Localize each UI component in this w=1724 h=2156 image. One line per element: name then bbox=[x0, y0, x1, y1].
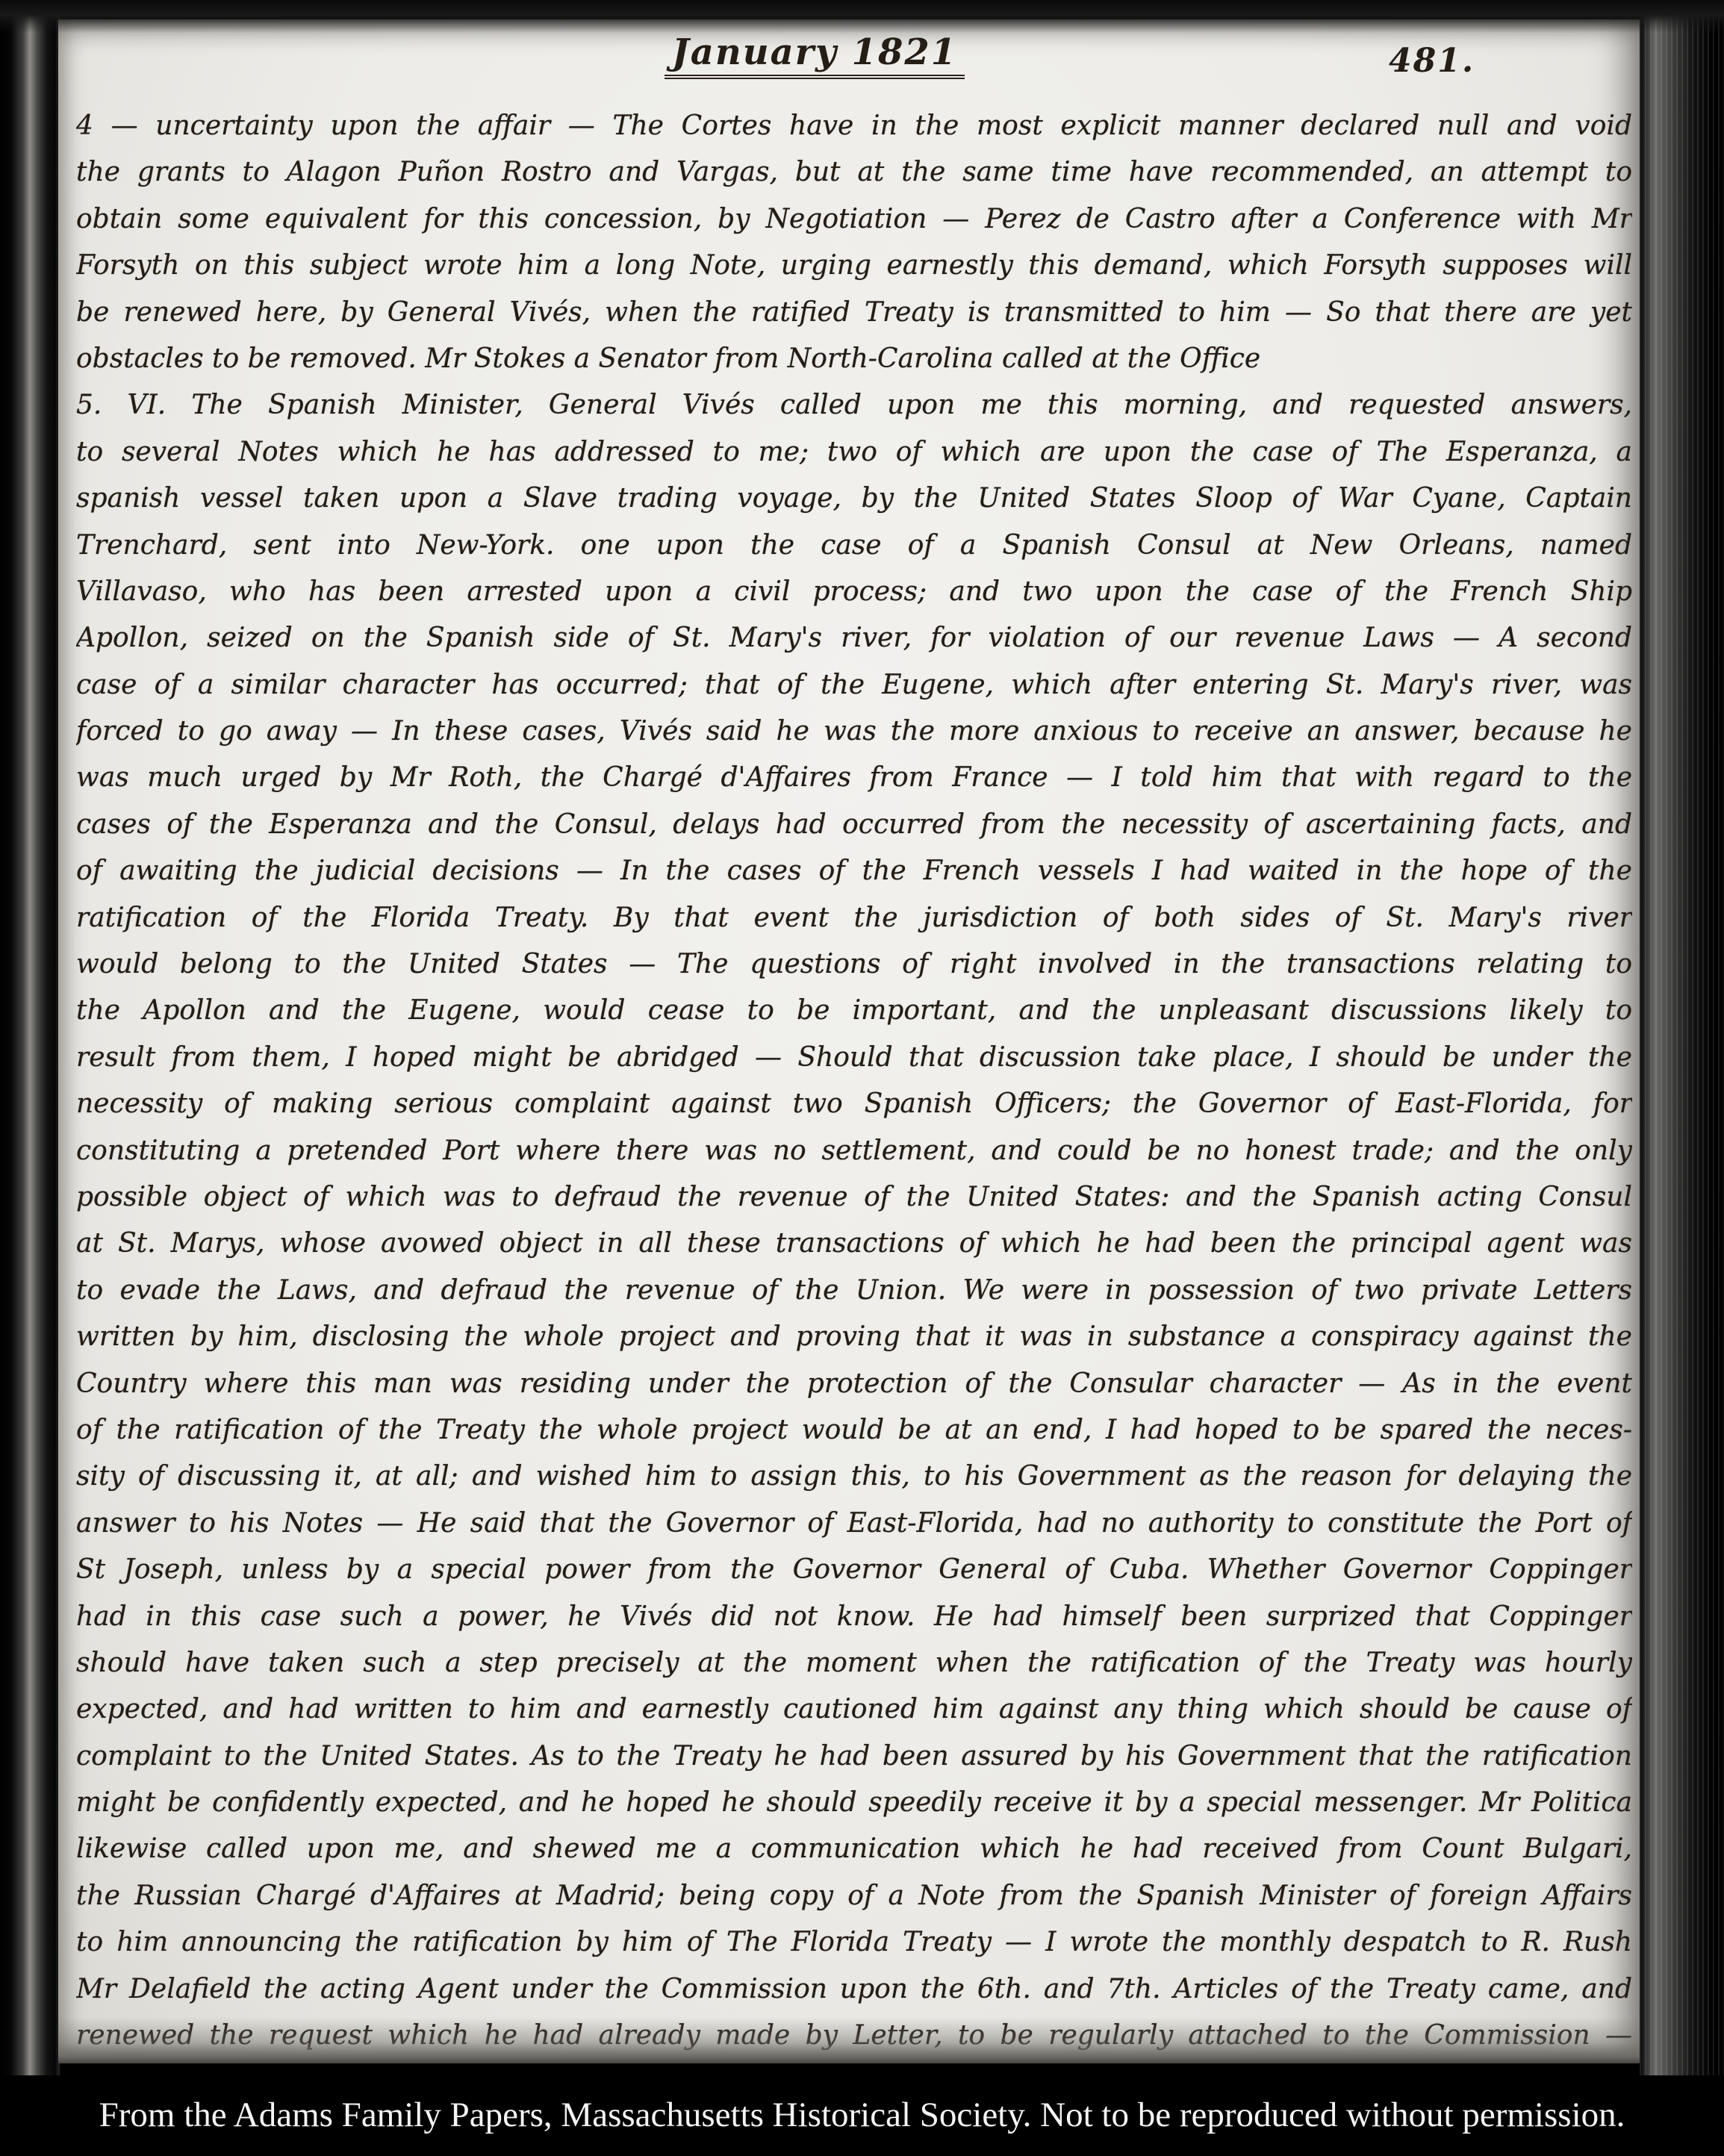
manuscript-line: the Russian Chargé d'Affaires at Madrid;… bbox=[76, 1873, 1632, 1919]
manuscript-line: result from them, I hoped might be abrid… bbox=[76, 1035, 1632, 1081]
manuscript-line: St Joseph, unless by a special power fro… bbox=[76, 1547, 1632, 1593]
manuscript-line: be renewed here, by General Vivés, when … bbox=[76, 290, 1632, 336]
manuscript-line: should have taken such a step precisely … bbox=[76, 1640, 1632, 1686]
manuscript-line: Country where this man was residing unde… bbox=[76, 1361, 1632, 1407]
manuscript-line: Villavaso, who has been arrested upon a … bbox=[76, 569, 1632, 615]
manuscript-page: January 1821 481. 4 — uncertainty upon t… bbox=[58, 19, 1640, 2063]
manuscript-line: likewise called upon me, and shewed me a… bbox=[76, 1826, 1632, 1872]
manuscript-line: answer to his Notes — He said that the G… bbox=[76, 1501, 1632, 1547]
page-bottom-shadow bbox=[58, 2017, 1640, 2063]
manuscript-line: might be confidently expected, and he ho… bbox=[76, 1780, 1632, 1826]
manuscript-line: ratification of the Florida Treaty. By t… bbox=[76, 895, 1632, 941]
manuscript-body: 4 — uncertainty upon the affair — The Co… bbox=[76, 103, 1632, 2059]
manuscript-line: the grants to Alagon Puñon Rostro and Va… bbox=[76, 149, 1632, 196]
book-spine bbox=[0, 0, 60, 2075]
manuscript-line: written by him, disclosing the whole pro… bbox=[76, 1314, 1632, 1360]
page-date-heading: January 1821 bbox=[665, 31, 965, 79]
manuscript-line: Apollon, seized on the Spanish side of S… bbox=[76, 615, 1632, 661]
scanned-manuscript-photo: January 1821 481. 4 — uncertainty upon t… bbox=[0, 0, 1724, 2156]
manuscript-line: to him announcing the ratification by hi… bbox=[76, 1919, 1632, 1966]
manuscript-line: at St. Marys, whose avowed object in all… bbox=[76, 1221, 1632, 1267]
archive-caption: From the Adams Family Papers, Massachuse… bbox=[0, 2089, 1724, 2141]
manuscript-line: of the ratification of the Treaty the wh… bbox=[76, 1407, 1632, 1454]
manuscript-line: obstacles to be removed. Mr Stokes a Sen… bbox=[76, 336, 1632, 382]
manuscript-line: spanish vessel taken upon a Slave tradin… bbox=[76, 476, 1632, 522]
book-page-edges bbox=[1640, 0, 1724, 2075]
photo-top-edge bbox=[0, 0, 1724, 33]
manuscript-line: of awaiting the judicial decisions — In … bbox=[76, 848, 1632, 894]
manuscript-line: had in this case such a power, he Vivés … bbox=[76, 1594, 1632, 1640]
manuscript-line: sity of discussing it, at all; and wishe… bbox=[76, 1454, 1632, 1500]
manuscript-line: obtain some equivalent for this concessi… bbox=[76, 196, 1632, 243]
manuscript-line: to several Notes which he has addressed … bbox=[76, 429, 1632, 476]
manuscript-line: the Apollon and the Eugene, would cease … bbox=[76, 988, 1632, 1034]
manuscript-line: possible object of which was to defraud … bbox=[76, 1174, 1632, 1221]
manuscript-line: Forsyth on this subject wrote him a long… bbox=[76, 243, 1632, 289]
manuscript-line: 5. VI. The Spanish Minister, General Viv… bbox=[76, 382, 1632, 429]
manuscript-line: constituting a pretended Port where ther… bbox=[76, 1128, 1632, 1174]
page-number: 481. bbox=[1389, 42, 1475, 80]
manuscript-line: 4 — uncertainty upon the affair — The Co… bbox=[76, 103, 1632, 149]
manuscript-line: was much urged by Mr Roth, the Chargé d'… bbox=[76, 755, 1632, 801]
manuscript-line: case of a similar character has occurred… bbox=[76, 662, 1632, 708]
manuscript-line: would belong to the United States — The … bbox=[76, 941, 1632, 988]
manuscript-line: Trenchard, sent into New-York. one upon … bbox=[76, 523, 1632, 569]
manuscript-line: to evade the Laws, and defraud the reven… bbox=[76, 1268, 1632, 1314]
manuscript-line: cases of the Esperanza and the Consul, d… bbox=[76, 802, 1632, 848]
manuscript-line: expected, and had written to him and ear… bbox=[76, 1686, 1632, 1733]
manuscript-line: complaint to the United States. As to th… bbox=[76, 1733, 1632, 1780]
manuscript-line: forced to go away — In these cases, Vivé… bbox=[76, 708, 1632, 755]
manuscript-line: necessity of making serious complaint ag… bbox=[76, 1081, 1632, 1127]
manuscript-line: Mr Delafield the acting Agent under the … bbox=[76, 1966, 1632, 2013]
